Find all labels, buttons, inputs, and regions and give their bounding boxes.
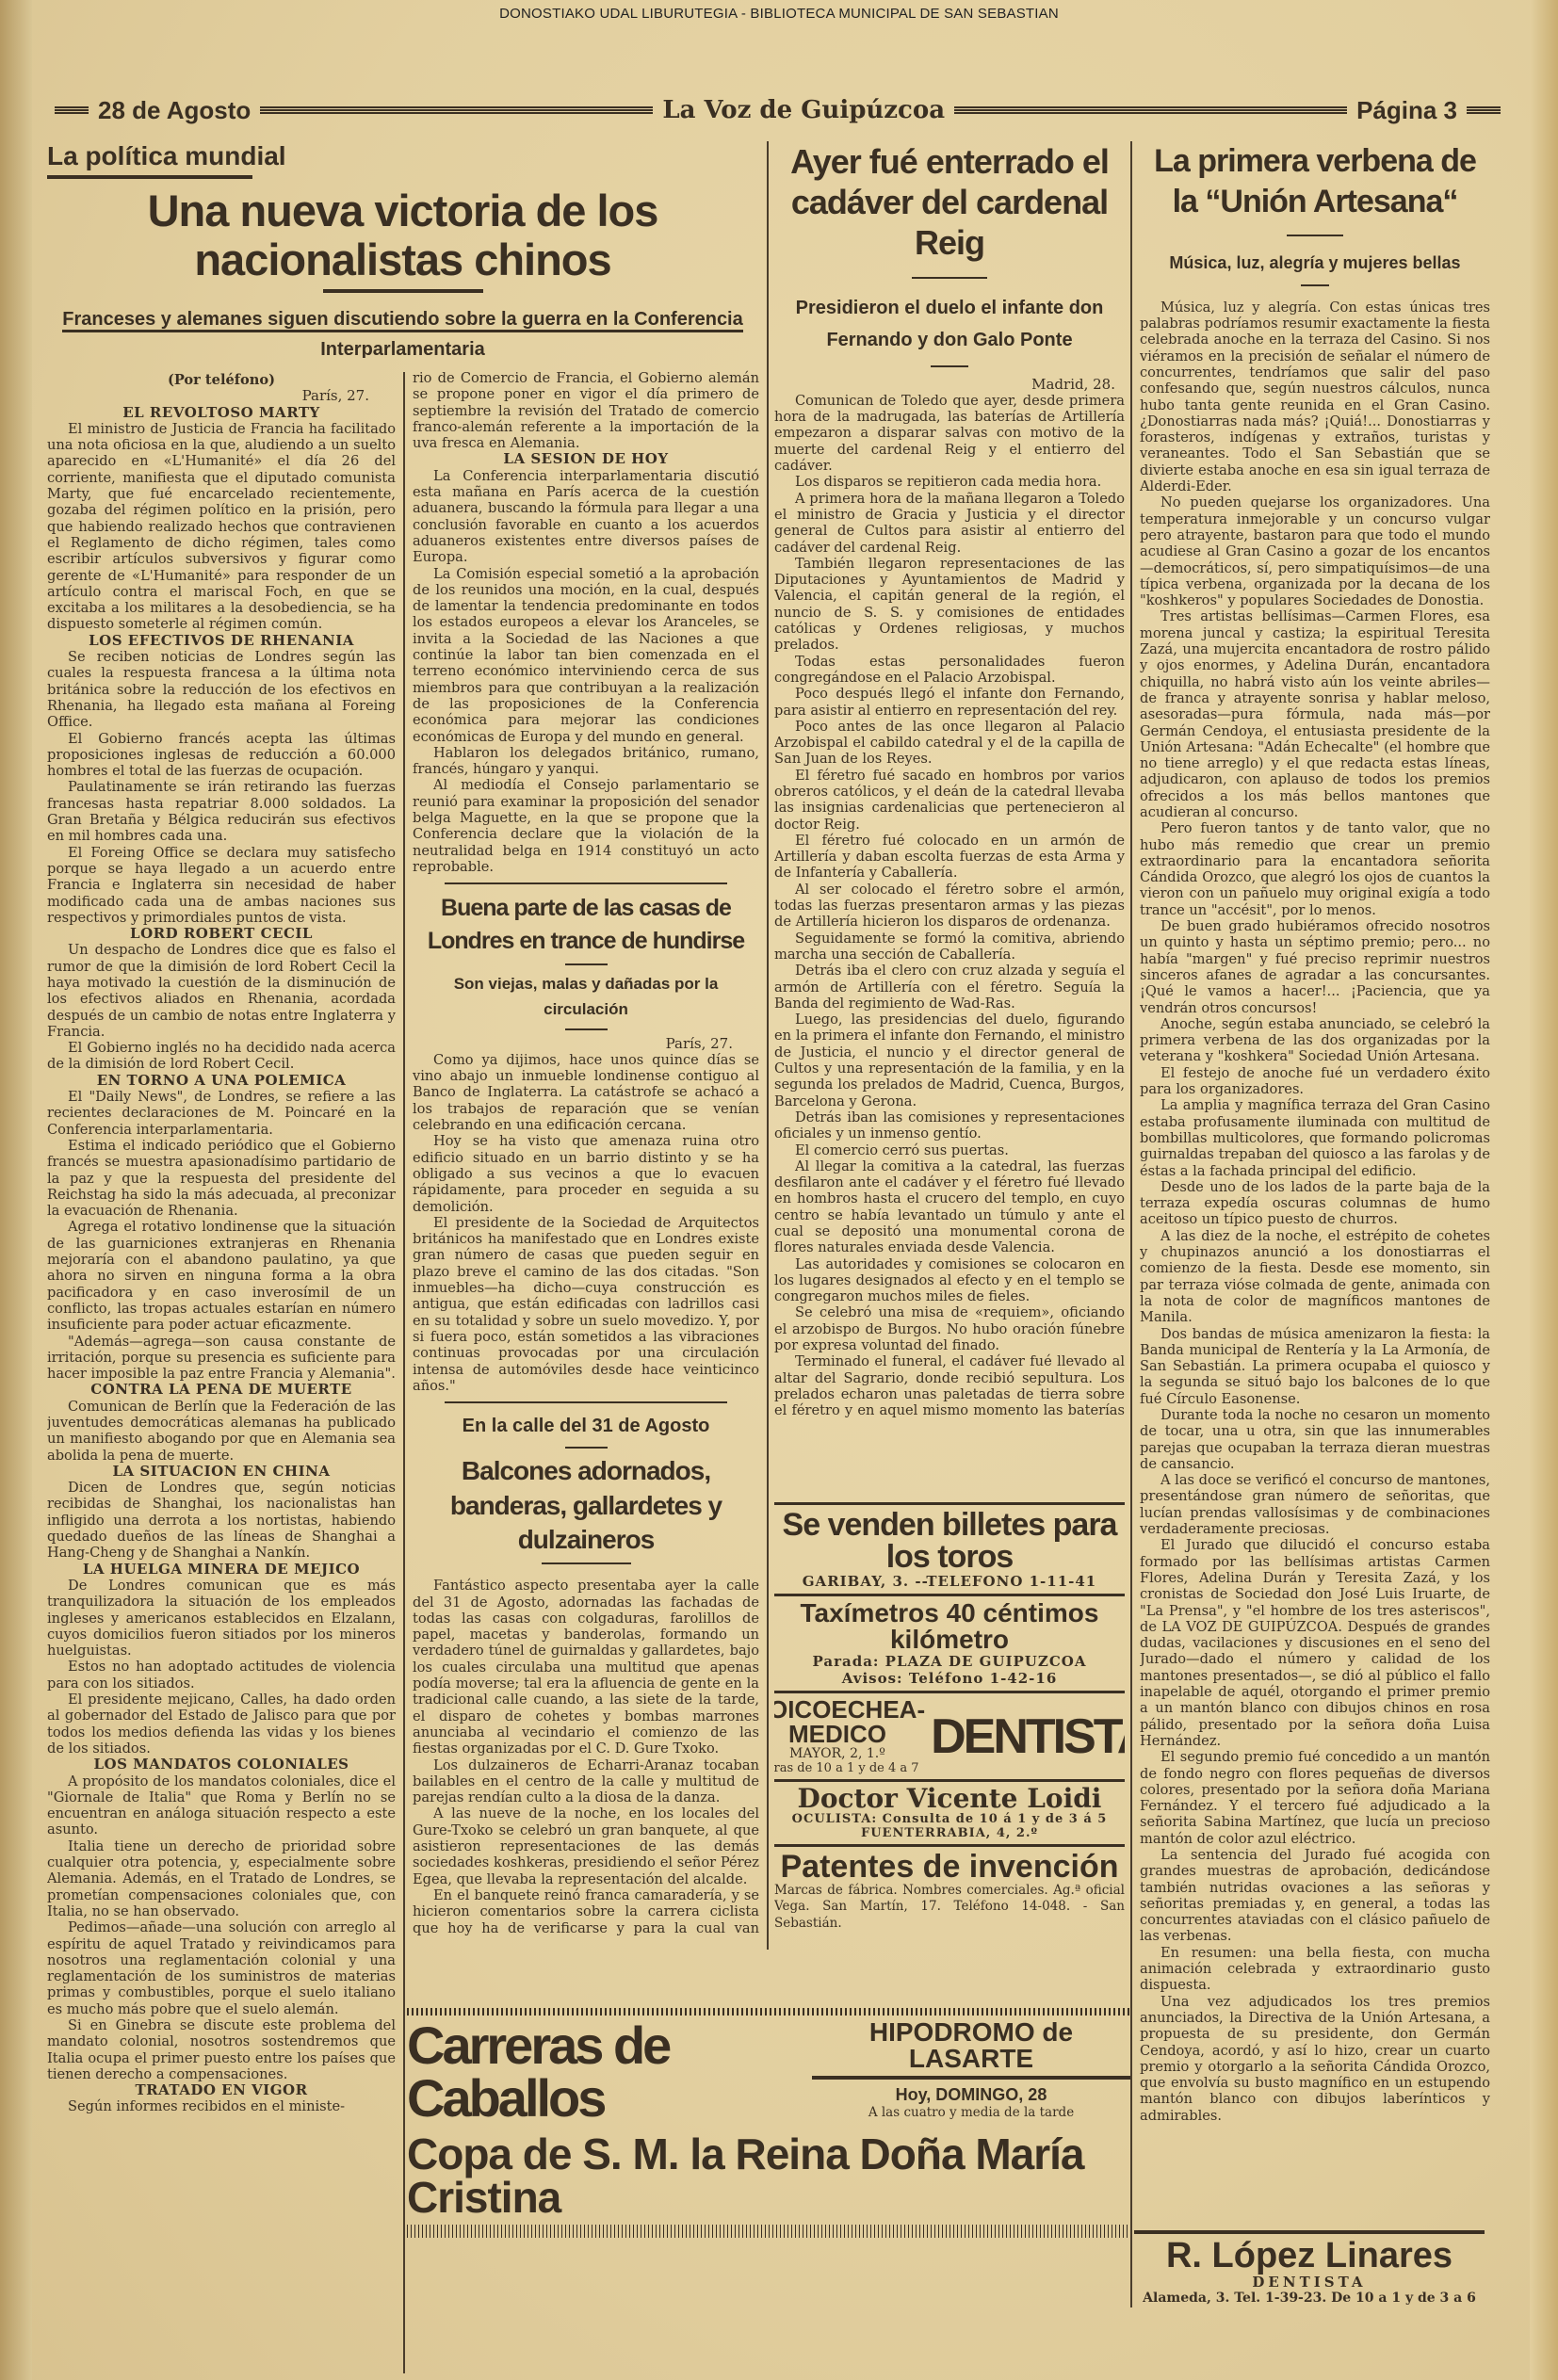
masthead-rule: [954, 106, 1347, 114]
paragraph: Hablaron los delegados británico, rumano…: [413, 745, 759, 778]
paragraph: La amplia y magnífica terraza del Gran C…: [1140, 1097, 1490, 1178]
paragraph: Si en Ginebra se discute este problema d…: [47, 2017, 396, 2082]
masthead-rule: [1467, 106, 1501, 114]
paragraph: A las nueve de la noche, en los locales …: [413, 1805, 759, 1886]
races-day: Hoy, DOMINGO, 28: [812, 2085, 1130, 2105]
street-kicker: En la calle del 31 de Agosto: [413, 1411, 759, 1441]
paragraph: Música, luz y alegría. Con estas únicas …: [1140, 300, 1490, 495]
main-headline: Una nueva victoria de los nacionalistas …: [47, 186, 758, 283]
masthead-rule: [55, 106, 89, 114]
section-underline: [47, 175, 252, 179]
article-subheading: LA HUELGA MINERA DE MEJICO: [47, 1562, 396, 1578]
divider: [565, 1028, 608, 1030]
ad-dentist-goicoechea: GOICOECHEA-MEDICO MAYOR, 2, 1.º Horas de…: [774, 1691, 1125, 1779]
column-1: (Por teléfono) París, 27. EL REVOLTOSO M…: [47, 372, 396, 2359]
paragraph: De buen grado hubiéramos ofrecido nosotr…: [1140, 918, 1490, 1016]
ad-horse-races: Carreras de Caballos HIPODROMO de LASART…: [407, 2004, 1130, 2249]
ad-taxi: Taxímetros 40 céntimos kilómetro Parada:…: [774, 1594, 1125, 1691]
column-3: Ayer fué enterrado el cadáver del carden…: [774, 141, 1125, 1417]
street-headline: Balcones adornados, banderas, gallardete…: [413, 1454, 759, 1557]
reig-headline: Ayer fué enterrado el cadáver del carden…: [774, 141, 1125, 264]
main-subhead: Franceses y alemanes siguen discutiendo …: [47, 304, 758, 358]
paragraph: A las doce se verificó el concurso de ma…: [1140, 1472, 1490, 1537]
paragraph: Al mediodía el Consejo parlamentario se …: [413, 777, 759, 875]
paragraph: A las diez de la noche, el estrépito de …: [1140, 1228, 1490, 1326]
paragraph: Un despacho de Londres dice que es falso…: [47, 942, 396, 1040]
paragraph: La Comisión especial sometió a la aproba…: [413, 566, 759, 745]
ad-oculist-address: FUENTERRABIA, 4, 2.º: [774, 1826, 1125, 1840]
divider: [323, 289, 483, 293]
paragraph: Los dulzaineros de Echarri-Aranaz tocaba…: [413, 1757, 759, 1806]
paragraph: El presidente mejicano, Calles, ha dado …: [47, 1692, 396, 1757]
ad-dentist-name: GOICOECHEA-MEDICO: [774, 1697, 925, 1746]
ad-taxi-stop: Parada: PLAZA DE GUIPUZCOA: [774, 1653, 1125, 1670]
ad-toros-address: GARIBAY, 3. --TELEFONO 1-11-41: [774, 1573, 1125, 1590]
masthead-page: Página 3: [1356, 96, 1457, 125]
paragraph: Fantástico aspecto presentaba ayer la ca…: [413, 1578, 759, 1757]
divider: [1301, 284, 1329, 286]
paragraph: Comunican de Berlín que la Federación de…: [47, 1399, 396, 1464]
verbena-subhead: Música, luz, alegría y mujeres bellas: [1140, 250, 1490, 277]
paragraph: La Conferencia interparlamentaria discut…: [413, 468, 759, 566]
barcode-rule: [407, 2225, 1130, 2238]
article-subheading: EN TORNO A UNA POLEMICA: [47, 1073, 396, 1089]
paragraph: Detrás iba el clero con cruz alzada y se…: [774, 963, 1125, 1012]
column-rule: [767, 141, 769, 1950]
paragraph: Comunican de Toledo que ayer, desde prim…: [774, 393, 1125, 474]
article-subheading: LORD ROBERT CECIL: [47, 926, 396, 942]
paragraph: Detrás iban las comisiones y representac…: [774, 1109, 1125, 1142]
ad-taxi-phone: Avisos: Teléfono 1-42-16: [774, 1670, 1125, 1687]
london-subhead: Son viejas, malas y dañadas por la circu…: [413, 971, 759, 1022]
divider: [1134, 2230, 1485, 2234]
paragraph: Pero fueron tantos y de tanto valor, que…: [1140, 820, 1490, 918]
ad-oculist-hours: OCULISTA: Consulta de 10 á 1 y de 3 á 5: [774, 1812, 1125, 1826]
column-rule: [1130, 141, 1132, 2307]
paragraph: Durante toda la noche no cesaron un mome…: [1140, 1407, 1490, 1472]
paragraph: El ministro de Justicia de Francia ha fa…: [47, 421, 396, 633]
divider: [542, 1562, 631, 1564]
paragraph: También llegaron representaciones de las…: [774, 556, 1125, 654]
paragraph: Se celebró una misa de «requiem», oficia…: [774, 1304, 1125, 1353]
paragraph: Desde uno de los lados de la parte baja …: [1140, 1179, 1490, 1228]
paragraph: Como ya dijimos, hace unos quince días s…: [413, 1052, 759, 1133]
article-subheading: TRATADO EN VIGOR: [47, 2082, 396, 2098]
column-4: La primera verbena de la “Unión Artesana…: [1140, 141, 1490, 2166]
paragraph: Una vez adjudicados los tres premios anu…: [1140, 1994, 1490, 2124]
dateline: París, 27.: [413, 1036, 759, 1052]
paragraph: De Londres comunican que es más tranquil…: [47, 1578, 396, 1659]
wavy-rule: [407, 2008, 1130, 2016]
paragraph: Hoy se ha visto que amenaza ruina otro e…: [413, 1133, 759, 1214]
paragraph: Las autoridades y comisiones se colocaro…: [774, 1256, 1125, 1305]
paragraph: rio de Comercio de Francia, el Gobierno …: [413, 370, 759, 451]
paragraph: La sentencia del Jurado fué acogida con …: [1140, 1847, 1490, 1945]
races-venue: HIPODROMO de LASARTE: [812, 2019, 1130, 2080]
paragraph: Los disparos se repitieron cada media ho…: [774, 474, 1125, 490]
ad-toros-title: Se venden billetes para los toros: [774, 1509, 1125, 1573]
paragraph: Terminado el funeral, el cadáver fué lle…: [774, 1353, 1125, 1417]
ad-patents: Patentes de invención Marcas de fábrica.…: [774, 1844, 1125, 1935]
paragraph: Al ser colocado el féretro sobre el armó…: [774, 882, 1125, 931]
paragraph: Paulatinamente se irán retirando las fue…: [47, 779, 396, 844]
page-edge-left: [0, 0, 32, 2380]
paragraph: En el banquete reinó franca camaradería,…: [413, 1887, 759, 1938]
paragraph: Italia tiene un derecho de prioridad sob…: [47, 1838, 396, 1919]
divider: [565, 1447, 608, 1449]
ads-block: Se venden billetes para los toros GARIBA…: [774, 1502, 1125, 1945]
ad-oculist: Doctor Vicente Loidi OCULISTA: Consulta …: [774, 1779, 1125, 1844]
paragraph: El segundo premio fué concedido a un man…: [1140, 1749, 1490, 1847]
paragraph: El festejo de anoche fué un verdadero éx…: [1140, 1065, 1490, 1098]
article-subheading: LOS MANDATOS COLONIALES: [47, 1757, 396, 1773]
paragraph: Estima el indicado periódico que el Gobi…: [47, 1138, 396, 1219]
paragraph: El comercio cerró sus puertas.: [774, 1142, 1125, 1158]
paragraph: Luego, las presidencias del duelo, figur…: [774, 1012, 1125, 1109]
paragraph: Al llegar la comitiva a la catedral, las…: [774, 1158, 1125, 1256]
ad-dentist-big: DENTISTA: [931, 1712, 1125, 1761]
verbena-headline: La primera verbena de la “Unión Artesana…: [1140, 141, 1490, 221]
races-cup: Copa de S. M. la Reina Doña María Cristi…: [407, 2132, 1130, 2219]
divider: [1287, 235, 1343, 236]
dateline: Madrid, 28.: [774, 377, 1125, 393]
paragraph: Poco antes de las once llegaron al Palac…: [774, 719, 1125, 768]
divider: [912, 277, 987, 279]
paragraph: A propósito de los mandatos coloniales, …: [47, 1773, 396, 1838]
paragraph: Poco después llegó el infante don Fernan…: [774, 686, 1125, 719]
article-subheading: LA SESION DE HOY: [413, 451, 759, 467]
article-subheading: LOS EFECTIVOS DE RHENANIA: [47, 633, 396, 649]
paragraph: El Gobierno francés acepta las últimas p…: [47, 731, 396, 780]
masthead-newspaper: La Voz de Guipúzcoa: [662, 96, 945, 124]
paragraph: Tres artistas bellísimas—Carmen Flores, …: [1140, 608, 1490, 820]
ornamental-divider: [445, 882, 727, 884]
dateline: París, 27.: [47, 388, 396, 404]
paragraph: Seguidamente se formó la comitiva, abrie…: [774, 931, 1125, 963]
ornamental-divider: [445, 1401, 727, 1403]
paragraph: Todas estas personalidades fueron congre…: [774, 654, 1125, 687]
divider: [931, 365, 968, 367]
paragraph: Pedimos—añade—una solución con arreglo a…: [47, 1919, 396, 2017]
paragraph: No pueden quejarse los organizadores. Un…: [1140, 494, 1490, 608]
by-phone: (Por teléfono): [47, 372, 396, 388]
paragraph: El Gobierno inglés no ha decidido nada a…: [47, 1040, 396, 1073]
paragraph: "Además—agrega—son causa constante de ir…: [47, 1334, 396, 1383]
article-subheading: LA SITUACION EN CHINA: [47, 1464, 396, 1480]
races-title: Carreras de Caballos: [407, 2019, 812, 2125]
section-label: La política mundial: [47, 141, 758, 171]
races-time: A las cuatro y media de la tarde: [812, 2105, 1130, 2120]
paragraph: El Foreing Office se declara muy satisfe…: [47, 845, 396, 926]
ad-toros: Se venden billetes para los toros GARIBA…: [774, 1502, 1125, 1594]
masthead-date: 28 de Agosto: [98, 96, 251, 125]
lopez-title: DENTISTA: [1134, 2274, 1485, 2291]
london-headline: Buena parte de las casas de Londres en t…: [413, 892, 759, 958]
ad-taxi-title: Taxímetros 40 céntimos kilómetro: [774, 1600, 1125, 1653]
ad-oculist-name: Doctor Vicente Loidi: [774, 1786, 1125, 1812]
paragraph: Anoche, según estaba anunciado, se celeb…: [1140, 1016, 1490, 1065]
paragraph: Agrega el rotativo londinense que la sit…: [47, 1219, 396, 1333]
paragraph: El presidente de la Sociedad de Arquitec…: [413, 1215, 759, 1394]
paragraph: El Jurado que dilucidó el concurso estab…: [1140, 1537, 1490, 1749]
ad-dentist-address: MAYOR, 2, 1.º: [774, 1746, 925, 1761]
paragraph: A primera hora de la mañana llegaron a T…: [774, 491, 1125, 556]
paragraph: Según informes recibidos en el ministe-: [47, 2098, 396, 2114]
paragraph: Se reciben noticias de Londres según las…: [47, 649, 396, 730]
article-subheading: EL REVOLTOSO MARTY: [47, 405, 396, 421]
paragraph: En resumen: una bella fiesta, con mucha …: [1140, 1945, 1490, 1994]
ad-dentist-lopez: R. López Linares DENTISTA Alameda, 3. Te…: [1134, 2230, 1485, 2324]
ad-patents-title: Patentes de invención: [774, 1851, 1125, 1883]
lopez-address: Alameda, 3. Tel. 1-39-23. De 10 a 1 y de…: [1134, 2291, 1485, 2306]
archive-header: DONOSTIAKO UDAL LIBURUTEGIA - BIBLIOTECA…: [0, 6, 1558, 22]
paragraph: Estos no han adoptado actitudes de viole…: [47, 1659, 396, 1692]
masthead: 28 de Agosto La Voz de Guipúzcoa Página …: [45, 94, 1510, 126]
world-politics-header: La política mundial Una nueva victoria d…: [47, 141, 758, 358]
paragraph: El "Daily News", de Londres, se refiere …: [47, 1089, 396, 1138]
ad-patents-text: Marcas de fábrica. Nombres comerciales. …: [774, 1883, 1125, 1932]
page-edge-right: [1530, 0, 1558, 2380]
paragraph: Dicen de Londres que, según noticias rec…: [47, 1480, 396, 1561]
divider: [565, 963, 608, 965]
lopez-name: R. López Linares: [1134, 2238, 1485, 2274]
paragraph: El féretro fué colocado en un armón de A…: [774, 833, 1125, 882]
column-2: rio de Comercio de Francia, el Gobierno …: [413, 370, 759, 1938]
reig-subhead: Presidieron el duelo el infante don Fern…: [774, 292, 1125, 356]
paragraph: Dos bandas de música amenizaron la fiest…: [1140, 1326, 1490, 1407]
masthead-rule: [260, 106, 653, 114]
column-rule: [403, 372, 405, 2373]
paragraph: El féretro fué sacado en hombros por var…: [774, 768, 1125, 833]
article-subheading: CONTRA LA PENA DE MUERTE: [47, 1382, 396, 1398]
ad-dentist-hours: Horas de 10 a 1 y de 4 a 7: [774, 1761, 925, 1775]
